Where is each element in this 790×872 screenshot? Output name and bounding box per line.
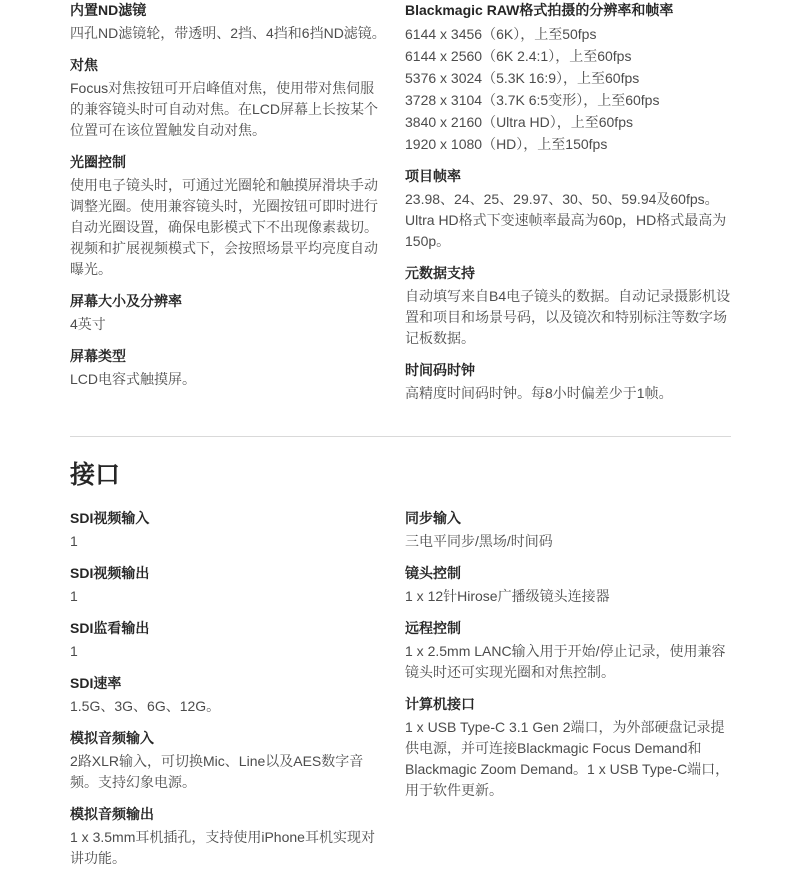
spec-value-line: 1.5G、3G、6G、12G。 xyxy=(70,696,388,717)
spec-value: 四孔ND滤镜轮，带透明、2挡、4挡和6挡ND滤镜。 xyxy=(70,23,388,44)
spec-item: 时间码时钟 高精度时间码时钟。每8小时偏差少于1帧。 xyxy=(405,360,732,404)
spec-item: SDI视频输出 1 xyxy=(70,563,388,607)
spec-item: 屏幕大小及分辨率 4英寸 xyxy=(70,291,388,335)
spec-term: 内置ND滤镜 xyxy=(70,0,388,21)
spec-value-line: 1 xyxy=(70,531,388,552)
spec-value-line: 23.98、24、25、29.97、30、50、59.94及60fps。Ultr… xyxy=(405,189,732,252)
camera-features-right-column: Blackmagic RAW格式拍摄的分辨率和帧率 6144 x 3456（6K… xyxy=(405,0,732,415)
spec-item: SDI视频输入 1 xyxy=(70,508,388,552)
spec-term: SDI监看输出 xyxy=(70,618,388,639)
spec-term: Blackmagic RAW格式拍摄的分辨率和帧率 xyxy=(405,0,732,21)
interfaces-section: SDI视频输入 1 SDI视频输出 1 SDI监看输出 1 SDI速率 1.5G… xyxy=(70,508,732,872)
spec-term: 时间码时钟 xyxy=(405,360,732,381)
spec-term: 模拟音频输出 xyxy=(70,804,388,825)
spec-item: SDI速率 1.5G、3G、6G、12G。 xyxy=(70,673,388,717)
spec-item: 镜头控制 1 x 12针Hirose广播级镜头连接器 xyxy=(405,563,732,607)
spec-value: 高精度时间码时钟。每8小时偏差少于1帧。 xyxy=(405,383,732,404)
spec-value-line: 高精度时间码时钟。每8小时偏差少于1帧。 xyxy=(405,383,732,404)
spec-value-line: 3840 x 2160（Ultra HD），上至60fps xyxy=(405,111,732,133)
spec-term: 镜头控制 xyxy=(405,563,732,584)
camera-features-section: 内置ND滤镜 四孔ND滤镜轮，带透明、2挡、4挡和6挡ND滤镜。 对焦 Focu… xyxy=(70,0,732,415)
spec-value: 1 x USB Type-C 3.1 Gen 2端口，为外部硬盘记录提供电源，并… xyxy=(405,717,732,801)
spec-value: Focus对焦按钮可开启峰值对焦，使用带对焦伺服的兼容镜头时可自动对焦。在LCD… xyxy=(70,78,388,141)
spec-term: 屏幕大小及分辨率 xyxy=(70,291,388,312)
spec-value-line: 1 xyxy=(70,641,388,662)
spec-item: 计算机接口 1 x USB Type-C 3.1 Gen 2端口，为外部硬盘记录… xyxy=(405,694,732,801)
spec-term: 元数据支持 xyxy=(405,263,732,284)
spec-term: SDI视频输出 xyxy=(70,563,388,584)
spec-value-line: 3728 x 3104（3.7K 6:5变形），上至60fps xyxy=(405,89,732,111)
interfaces-right-column: 同步输入 三电平同步/黑场/时间码 镜头控制 1 x 12针Hirose广播级镜… xyxy=(405,508,732,812)
spec-value-line: 自动填写来自B4电子镜头的数据。自动记录摄影机设置和项目和场景号码，以及镜次和特… xyxy=(405,286,732,349)
spec-value: 1 x 3.5mm耳机插孔，支持使用iPhone耳机实现对讲功能。 xyxy=(70,827,388,869)
spec-value-line: LCD电容式触摸屏。 xyxy=(70,369,388,390)
spec-item: 模拟音频输入 2路XLR输入，可切换Mic、Line以及AES数字音频。支持幻象… xyxy=(70,728,388,793)
spec-value: 1 x 12针Hirose广播级镜头连接器 xyxy=(405,586,732,607)
spec-term: 同步输入 xyxy=(405,508,732,529)
spec-term: 屏幕类型 xyxy=(70,346,388,367)
section-divider xyxy=(70,436,731,437)
spec-item: 模拟音频输出 1 x 3.5mm耳机插孔，支持使用iPhone耳机实现对讲功能。 xyxy=(70,804,388,869)
spec-value: LCD电容式触摸屏。 xyxy=(70,369,388,390)
spec-value-line: 2路XLR输入，可切换Mic、Line以及AES数字音频。支持幻象电源。 xyxy=(70,751,388,793)
spec-value-line: 1920 x 1080（HD），上至150fps xyxy=(405,133,732,155)
spec-value-line: 6144 x 3456（6K），上至50fps xyxy=(405,23,732,45)
spec-value: 4英寸 xyxy=(70,314,388,335)
spec-item: SDI监看输出 1 xyxy=(70,618,388,662)
camera-features-left-column: 内置ND滤镜 四孔ND滤镜轮，带透明、2挡、4挡和6挡ND滤镜。 对焦 Focu… xyxy=(70,0,388,401)
spec-term: SDI视频输入 xyxy=(70,508,388,529)
tech-specs-page: 内置ND滤镜 四孔ND滤镜轮，带透明、2挡、4挡和6挡ND滤镜。 对焦 Focu… xyxy=(0,0,732,872)
spec-value: 1 xyxy=(70,531,388,552)
spec-value-line: 4英寸 xyxy=(70,314,388,335)
spec-item: 光圈控制 使用电子镜头时，可通过光圈轮和触摸屏滑块手动调整光圈。使用兼容镜头时，… xyxy=(70,152,388,280)
spec-value-line: 1 x USB Type-C 3.1 Gen 2端口，为外部硬盘记录提供电源，并… xyxy=(405,717,732,801)
spec-item: 对焦 Focus对焦按钮可开启峰值对焦，使用带对焦伺服的兼容镜头时可自动对焦。在… xyxy=(70,55,388,141)
spec-term: 项目帧率 xyxy=(405,166,732,187)
spec-item: 同步输入 三电平同步/黑场/时间码 xyxy=(405,508,732,552)
spec-value-line: Focus对焦按钮可开启峰值对焦，使用带对焦伺服的兼容镜头时可自动对焦。在LCD… xyxy=(70,78,388,141)
spec-value: 1.5G、3G、6G、12G。 xyxy=(70,696,388,717)
spec-value: 1 xyxy=(70,641,388,662)
spec-value: 23.98、24、25、29.97、30、50、59.94及60fps。Ultr… xyxy=(405,189,732,252)
spec-value-line: 1 x 12针Hirose广播级镜头连接器 xyxy=(405,586,732,607)
spec-value-line: 四孔ND滤镜轮，带透明、2挡、4挡和6挡ND滤镜。 xyxy=(70,23,388,44)
spec-value: 1 xyxy=(70,586,388,607)
spec-term: 远程控制 xyxy=(405,618,732,639)
spec-item: 元数据支持 自动填写来自B4电子镜头的数据。自动记录摄影机设置和项目和场景号码，… xyxy=(405,263,732,349)
spec-value: 6144 x 3456（6K），上至50fps6144 x 2560（6K 2.… xyxy=(405,23,732,155)
spec-value-line: 1 xyxy=(70,586,388,607)
spec-term: 对焦 xyxy=(70,55,388,76)
spec-value: 2路XLR输入，可切换Mic、Line以及AES数字音频。支持幻象电源。 xyxy=(70,751,388,793)
spec-value: 1 x 2.5mm LANC输入用于开始/停止记录，使用兼容镜头时还可实现光圈和… xyxy=(405,641,732,683)
spec-term: SDI速率 xyxy=(70,673,388,694)
interfaces-section-title: 接口 xyxy=(70,459,732,491)
spec-value: 自动填写来自B4电子镜头的数据。自动记录摄影机设置和项目和场景号码，以及镜次和特… xyxy=(405,286,732,349)
spec-value: 三电平同步/黑场/时间码 xyxy=(405,531,732,552)
spec-value-line: 1 x 3.5mm耳机插孔，支持使用iPhone耳机实现对讲功能。 xyxy=(70,827,388,869)
interfaces-left-column: SDI视频输入 1 SDI视频输出 1 SDI监看输出 1 SDI速率 1.5G… xyxy=(70,508,388,872)
spec-item: 屏幕类型 LCD电容式触摸屏。 xyxy=(70,346,388,390)
spec-value-line: 5376 x 3024（5.3K 16:9），上至60fps xyxy=(405,67,732,89)
spec-item: 远程控制 1 x 2.5mm LANC输入用于开始/停止记录，使用兼容镜头时还可… xyxy=(405,618,732,683)
spec-value-line: 三电平同步/黑场/时间码 xyxy=(405,531,732,552)
spec-item: 内置ND滤镜 四孔ND滤镜轮，带透明、2挡、4挡和6挡ND滤镜。 xyxy=(70,0,388,44)
spec-value: 使用电子镜头时，可通过光圈轮和触摸屏滑块手动调整光圈。使用兼容镜头时，光圈按钮可… xyxy=(70,175,388,280)
spec-value-line: 使用电子镜头时，可通过光圈轮和触摸屏滑块手动调整光圈。使用兼容镜头时，光圈按钮可… xyxy=(70,175,388,280)
spec-term: 模拟音频输入 xyxy=(70,728,388,749)
spec-item: 项目帧率 23.98、24、25、29.97、30、50、59.94及60fps… xyxy=(405,166,732,252)
spec-term: 光圈控制 xyxy=(70,152,388,173)
spec-value-line: 6144 x 2560（6K 2.4:1），上至60fps xyxy=(405,45,732,67)
spec-value-line: 1 x 2.5mm LANC输入用于开始/停止记录，使用兼容镜头时还可实现光圈和… xyxy=(405,641,732,683)
spec-item: Blackmagic RAW格式拍摄的分辨率和帧率 6144 x 3456（6K… xyxy=(405,0,732,155)
spec-term: 计算机接口 xyxy=(405,694,732,715)
